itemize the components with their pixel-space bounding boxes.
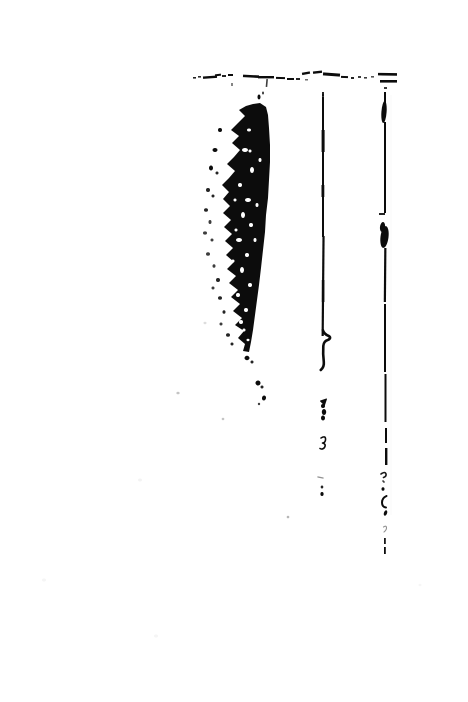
faint-paper-specks-mark xyxy=(222,418,225,420)
ink-blob-satellites-mark xyxy=(204,208,208,212)
mid-column-tail-marks-mark xyxy=(322,409,326,415)
ink-blob-holes-mark xyxy=(254,238,257,242)
right-column-tail-paths-mark xyxy=(382,496,387,508)
top-broken-rule-mark xyxy=(193,77,196,79)
ink-blob-satellites-mark xyxy=(209,166,213,171)
top-broken-rule-mark xyxy=(287,78,294,80)
ink-blob-satellites-mark xyxy=(262,92,264,95)
top-broken-rule-mark xyxy=(384,87,387,89)
top-broken-rule-mark xyxy=(276,77,285,79)
ink-blob-holes-mark xyxy=(244,308,248,312)
mid-column-tail-paths-mark xyxy=(320,437,326,449)
right-column-rule-mark xyxy=(385,448,387,465)
top-broken-rule-mark xyxy=(228,74,233,76)
top-broken-rule-mark xyxy=(371,76,374,78)
mid-column-tail-marks-mark xyxy=(320,492,323,496)
right-column-tail-paths xyxy=(381,473,387,533)
top-broken-rule-mark xyxy=(323,72,340,76)
top-broken-rule-mark xyxy=(313,71,322,74)
mid-column-rule-hook-mark xyxy=(321,330,330,370)
mid-column-rule-mark xyxy=(322,280,325,302)
top-broken-rule-mark xyxy=(378,73,397,76)
page-ink-marks xyxy=(0,0,468,702)
top-broken-rule-mark xyxy=(364,77,367,79)
top-broken-rule-mark xyxy=(215,74,221,77)
mid-column-rule-mark xyxy=(322,130,325,152)
ink-blob-holes-mark xyxy=(245,253,249,257)
ink-blob-satellites-mark xyxy=(206,252,210,256)
ink-blob-body-shape xyxy=(222,103,270,352)
ink-blob-satellites-mark xyxy=(261,395,266,401)
ink-blob-holes-mark xyxy=(235,229,238,232)
right-column-rule-mark xyxy=(384,248,387,302)
ink-blob-satellites-mark xyxy=(255,380,261,386)
ink-blob-satellites-mark xyxy=(213,264,216,268)
top-broken-rule-mark xyxy=(243,75,259,78)
faint-paper-specks-mark xyxy=(204,322,207,324)
mid-column-tail-marks-mark xyxy=(321,486,324,489)
right-column-rule-blotches-mark xyxy=(381,101,388,123)
ink-blob-satellites-mark xyxy=(206,188,210,192)
ink-blob-satellites-mark xyxy=(218,128,222,132)
ink-blob-holes-mark xyxy=(245,198,251,202)
ink-blob-satellites-mark xyxy=(251,361,254,364)
ink-blob-satellites-mark xyxy=(220,323,223,326)
ink-blob-satellites-mark xyxy=(213,148,218,152)
ink-blob-holes-mark xyxy=(241,212,245,218)
ink-blob-satellites-mark xyxy=(203,231,207,234)
ink-blob-satellites-mark xyxy=(258,403,260,405)
right-column-rule-blotches xyxy=(287,101,390,518)
ink-blob-holes-mark xyxy=(259,158,262,162)
top-broken-rule-mark xyxy=(296,78,300,80)
ink-blob-holes-mark xyxy=(250,167,254,173)
faint-paper-specks xyxy=(42,322,422,638)
faint-paper-specks-mark xyxy=(176,392,179,395)
right-column-tail-paths-mark xyxy=(383,481,384,482)
ink-blob-satellites-mark xyxy=(216,278,220,282)
scanned-page xyxy=(0,0,468,702)
faint-paper-specks-mark xyxy=(42,579,46,582)
right-column-rule-mark xyxy=(379,213,385,215)
ink-blob-holes-mark xyxy=(247,339,250,341)
ink-blob-holes-mark xyxy=(249,150,252,153)
top-broken-rule-mark xyxy=(351,77,354,79)
ink-blob-holes-mark xyxy=(236,293,240,297)
ink-blob-holes-mark xyxy=(243,329,246,332)
mid-column-tail-marks xyxy=(320,404,326,496)
faint-paper-specks-mark xyxy=(154,635,158,638)
top-broken-rule-mark xyxy=(222,75,226,77)
ink-blob-holes-mark xyxy=(238,183,242,187)
right-column-rule-mark xyxy=(385,374,387,422)
right-column-rule-blotches-mark xyxy=(287,516,290,519)
ink-blob-holes-mark xyxy=(242,148,248,152)
ink-blob-satellites-mark xyxy=(211,239,214,242)
ink-blob-holes-mark xyxy=(256,203,259,207)
mid-column-rule-mark xyxy=(322,97,324,237)
faint-paper-specks-mark xyxy=(138,479,142,482)
ink-blob-satellites-mark xyxy=(212,287,215,290)
ink-blob-holes-mark xyxy=(236,238,242,242)
top-broken-rule-mark xyxy=(302,71,310,75)
mid-column-tail-marks-mark xyxy=(321,416,325,421)
ink-blob-holes-mark xyxy=(247,129,251,132)
ink-blob-holes-mark xyxy=(249,223,253,227)
ink-blob-satellites-mark xyxy=(261,386,264,389)
ink-blob-satellites-mark xyxy=(231,343,234,346)
top-broken-rule-mark xyxy=(380,80,397,83)
top-broken-rule-mark xyxy=(266,79,268,87)
ink-blob-satellites-mark xyxy=(226,333,230,337)
ink-blob-satellites-mark xyxy=(258,95,261,100)
right-column-rule-mark xyxy=(384,122,386,213)
top-broken-rule-mark xyxy=(358,76,361,78)
top-broken-rule-mark xyxy=(305,79,308,81)
right-column-rule-mark xyxy=(384,547,386,554)
top-broken-rule-mark xyxy=(198,76,201,78)
ink-blob-satellites-mark xyxy=(212,195,215,198)
top-broken-rule xyxy=(193,71,397,89)
top-broken-rule-mark xyxy=(258,76,274,78)
right-column-rule-blotches-mark xyxy=(383,510,388,516)
right-column-rule xyxy=(379,92,387,554)
ink-blob-holes-mark xyxy=(239,320,243,324)
top-broken-rule-mark xyxy=(341,76,348,78)
ink-blob-satellites-mark xyxy=(245,356,250,360)
ink-blob-satellites-mark xyxy=(209,220,212,224)
right-column-rule-mark xyxy=(384,538,386,544)
top-broken-rule-mark xyxy=(231,83,233,86)
mid-column-tail-paths-mark xyxy=(318,477,323,478)
mid-column-rule xyxy=(322,92,325,336)
ink-blob-holes-mark xyxy=(248,283,252,287)
ink-blob-holes-mark xyxy=(232,260,235,263)
right-column-tail-paths-mark xyxy=(381,473,386,478)
right-rule-ghost-mark xyxy=(391,95,392,515)
right-column-rule-blotches-mark xyxy=(382,487,385,491)
ink-blob-satellites-mark xyxy=(216,172,219,175)
right-rule-ghost xyxy=(391,95,392,515)
mid-column-rule-mark xyxy=(322,185,325,197)
right-column-rule-mark xyxy=(384,304,386,372)
faint-paper-specks-mark xyxy=(419,584,422,586)
ink-blob-body xyxy=(222,103,270,352)
right-column-rule-mark xyxy=(385,428,387,443)
ink-blob-holes-mark xyxy=(234,199,237,202)
mid-column-tail-paths-mark xyxy=(321,399,327,405)
ink-blob-holes-mark xyxy=(240,267,244,273)
right-column-tail-paths-mark xyxy=(384,526,387,532)
top-broken-rule-mark xyxy=(203,76,217,79)
ink-blob-satellites-mark xyxy=(223,310,226,314)
ink-blob-satellites-mark xyxy=(218,296,222,300)
